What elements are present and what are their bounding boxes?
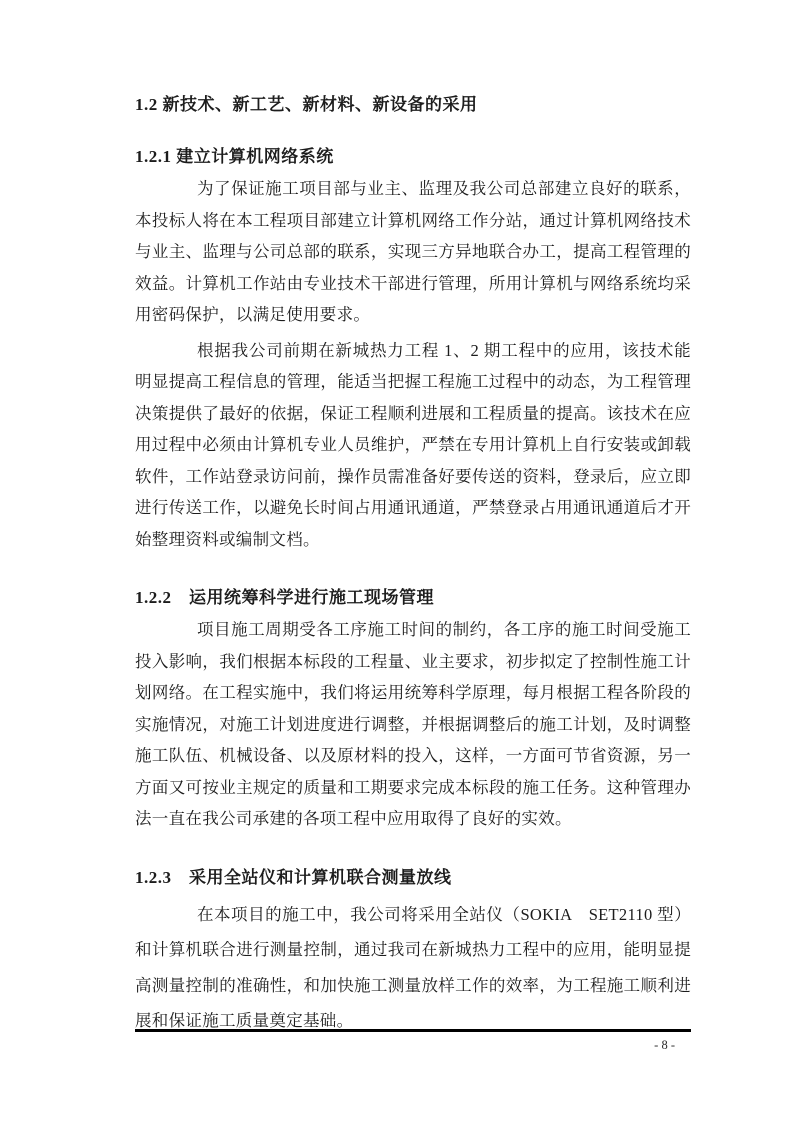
footer-divider xyxy=(135,1029,691,1032)
page-number: - 8 - xyxy=(654,1037,675,1053)
section-heading-1-2-2: 1.2.2 运用统筹科学进行施工现场管理 xyxy=(135,586,691,610)
paragraph: 在本项目的施工中，我公司将采用全站仪（SOKIA SET2110 型）和计算机联… xyxy=(135,897,691,1039)
section-heading-1-2-1: 1.2.1 建立计算机网络系统 xyxy=(135,145,691,169)
page-title: 1.2 新技术、新工艺、新材料、新设备的采用 xyxy=(135,93,691,117)
document-page: 1.2 新技术、新工艺、新材料、新设备的采用 1.2.1 建立计算机网络系统 为… xyxy=(0,0,793,1122)
paragraph: 项目施工周期受各工序施工时间的制约，各工序的施工时间受施工投入影响，我们根据本标… xyxy=(135,614,691,835)
paragraph: 为了保证施工项目部与业主、监理及我公司总部建立良好的联系，本投标人将在本工程项目… xyxy=(135,173,691,331)
page-content: 1.2 新技术、新工艺、新材料、新设备的采用 1.2.1 建立计算机网络系统 为… xyxy=(135,0,691,1039)
section-heading-1-2-3: 1.2.3 采用全站仪和计算机联合测量放线 xyxy=(135,866,691,890)
paragraph: 根据我公司前期在新城热力工程 1、2 期工程中的应用，该技术能明显提高工程信息的… xyxy=(135,335,691,556)
